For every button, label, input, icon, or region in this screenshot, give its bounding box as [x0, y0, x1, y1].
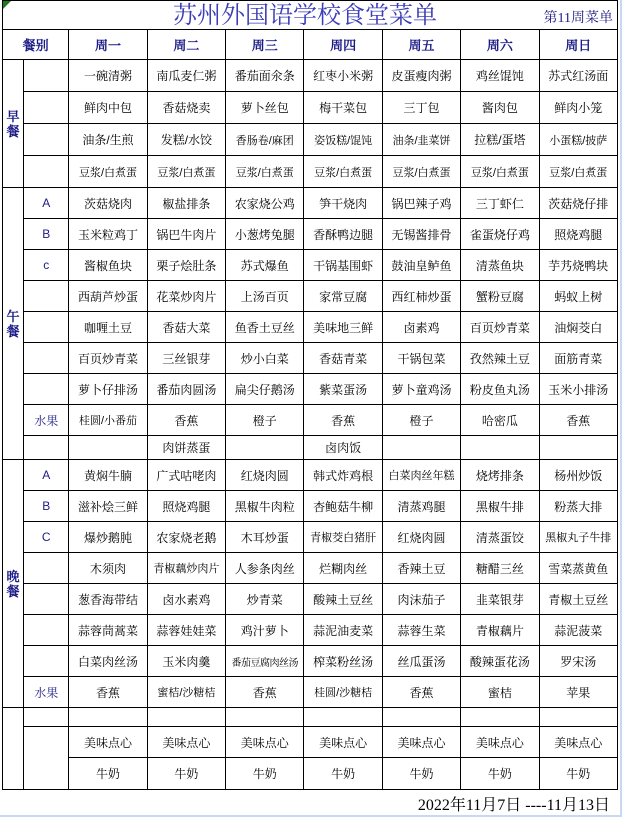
menu-cell: 青椒土豆丝	[539, 584, 617, 615]
row-label	[24, 281, 69, 312]
row-label	[24, 60, 69, 92]
menu-cell: 南瓜麦仁粥	[147, 60, 225, 92]
menu-cell: 香蕉	[147, 405, 225, 436]
menu-cell: 扁尖仔鹅汤	[226, 374, 304, 405]
menu-cell	[147, 708, 225, 727]
menu-cell: 香蕉	[539, 405, 617, 436]
menu-cell: 三丁包	[382, 92, 460, 124]
menu-cell: 白菜肉丝汤	[69, 646, 147, 677]
menu-cell: 榨菜粉丝汤	[304, 646, 382, 677]
menu-cell: 三丝银芽	[147, 343, 225, 374]
header-cell-day: 周二	[147, 30, 225, 60]
menu-cell: 美味点心	[461, 727, 539, 758]
menu-cell: 椒盐排条	[147, 188, 225, 219]
row-label: c	[24, 250, 69, 281]
menu-cell: 香蕉	[226, 677, 304, 708]
row-label	[24, 436, 69, 460]
menu-cell: 一碗清粥	[69, 60, 147, 92]
menu-cell: 雀蛋烧仔鸡	[461, 219, 539, 250]
menu-cell: 红烧肉圆	[226, 460, 304, 491]
row-label	[24, 374, 69, 405]
menu-cell: 蒜蓉生菜	[382, 615, 460, 646]
menu-cell: 蒜蓉茼蒿菜	[69, 615, 147, 646]
table-body: 早餐一碗清粥南瓜麦仁粥番茄面氽条红枣小米粥皮蛋瘦肉粥鸡丝馄饨苏式红汤面鲜肉中包香…	[3, 60, 618, 790]
menu-cell	[461, 708, 539, 727]
menu-cell: 牛奶	[147, 758, 225, 790]
menu-cell: 粉皮鱼丸汤	[461, 374, 539, 405]
menu-cell: 木须肉	[69, 553, 147, 584]
menu-cell: 豆浆/白煮蛋	[382, 156, 460, 188]
menu-cell: 牛奶	[461, 758, 539, 790]
menu-cell: 咖喱土豆	[69, 312, 147, 343]
menu-sheet: 苏州外国语学校食堂菜单 第11周菜单 餐别周一周二周三周四周五周六周日 早餐一碗…	[2, 0, 618, 816]
menu-cell: 红烧肉圆	[382, 522, 460, 553]
menu-cell: 蒜泥菠菜	[539, 615, 617, 646]
menu-cell	[461, 436, 539, 460]
menu-cell: 哈密瓜	[461, 405, 539, 436]
menu-cell: 百页炒青菜	[461, 312, 539, 343]
menu-cell: 黑椒牛肉粒	[226, 491, 304, 522]
menu-row: 午餐A茨菇烧肉椒盐排条农家烧公鸡笋干烧肉锅巴辣子鸡三丁虾仁茨菇烧仔排	[3, 188, 618, 219]
row-label	[24, 312, 69, 343]
menu-cell	[304, 708, 382, 727]
row-label: B	[24, 491, 69, 522]
menu-cell: 牛奶	[304, 758, 382, 790]
menu-row: B滋补烩三鲜照烧鸡腿黑椒牛肉粒杏鲍菇牛柳清蒸鸡腿黑椒牛排粉蒸大排	[3, 491, 618, 522]
menu-cell: 苏式爆鱼	[226, 250, 304, 281]
row-label	[24, 646, 69, 677]
menu-cell: 鱼香土豆丝	[226, 312, 304, 343]
row-label	[24, 343, 69, 374]
menu-cell: 鲜肉小笼	[539, 92, 617, 124]
row-label	[24, 92, 69, 124]
row-label: C	[24, 522, 69, 553]
menu-cell: 苏式红汤面	[539, 60, 617, 92]
row-label	[24, 727, 69, 790]
page-title: 苏州外国语学校食堂菜单	[123, 2, 487, 30]
menu-cell: 豆浆/白煮蛋	[539, 156, 617, 188]
meal-label: 早餐	[3, 60, 24, 188]
menu-cell: 卤水素鸡	[147, 584, 225, 615]
menu-cell: 蒜蓉娃娃菜	[147, 615, 225, 646]
title-bar: 苏州外国语学校食堂菜单 第11周菜单	[2, 0, 618, 29]
menu-cell: 酸辣蛋花汤	[461, 646, 539, 677]
menu-row: 油条/生煎发糕/水饺香肠卷/麻团姿饭糕/馄饨油条/韭菜饼拉糕/蛋塔小蛋糕/披萨	[3, 124, 618, 156]
menu-cell: 韭菜银芽	[461, 584, 539, 615]
header-cell-day: 周六	[461, 30, 539, 60]
menu-row: 美味点心美味点心美味点心美味点心美味点心美味点心美味点心	[3, 727, 618, 758]
menu-cell: 玉米粒鸡丁	[69, 219, 147, 250]
header-cell-category: 餐别	[3, 30, 69, 60]
menu-cell: 照烧鸡腿	[147, 491, 225, 522]
menu-cell: 孜然辣土豆	[461, 343, 539, 374]
menu-cell: 滋补烩三鲜	[69, 491, 147, 522]
menu-cell: 牛奶	[69, 758, 147, 790]
menu-row: 早餐一碗清粥南瓜麦仁粥番茄面氽条红枣小米粥皮蛋瘦肉粥鸡丝馄饨苏式红汤面	[3, 60, 618, 92]
menu-row: 鲜肉中包香菇烧卖萝卜丝包梅干菜包三丁包酱肉包鲜肉小笼	[3, 92, 618, 124]
menu-cell: 小蛋糕/披萨	[539, 124, 617, 156]
menu-cell: 清蒸鸡腿	[382, 491, 460, 522]
menu-cell: 农家烧老鹅	[147, 522, 225, 553]
menu-cell: 萝卜丝包	[226, 92, 304, 124]
menu-cell: 桂圆/沙糖桔	[304, 677, 382, 708]
menu-cell: 丝瓜蛋汤	[382, 646, 460, 677]
menu-cell: 锅巴牛肉片	[147, 219, 225, 250]
meal-label	[3, 708, 24, 790]
menu-cell: 酸辣土豆丝	[304, 584, 382, 615]
corner-flag-icon	[3, 1, 11, 9]
menu-cell: 炒青菜	[226, 584, 304, 615]
row-label	[24, 124, 69, 156]
menu-row: 肉饼蒸蛋卤肉饭	[3, 436, 618, 460]
menu-cell: 青椒茭白猪肝	[304, 522, 382, 553]
menu-cell: 杨州炒饭	[539, 460, 617, 491]
menu-cell: 青椒藕炒肉片	[147, 553, 225, 584]
menu-cell: 百页炒青菜	[69, 343, 147, 374]
menu-cell: 姿饭糕/馄饨	[304, 124, 382, 156]
menu-cell: 番茄肉圆汤	[147, 374, 225, 405]
menu-cell: 清蒸鱼块	[461, 250, 539, 281]
menu-cell: 香辣土豆	[382, 553, 460, 584]
row-label	[24, 156, 69, 188]
row-label	[24, 615, 69, 646]
menu-cell: 干锅基围虾	[304, 250, 382, 281]
header-cell-day: 周五	[382, 30, 460, 60]
menu-cell: 栗子烩肚条	[147, 250, 225, 281]
menu-cell: 玉米肉羹	[147, 646, 225, 677]
menu-cell: 红枣小米粥	[304, 60, 382, 92]
menu-cell: 油条/韭菜饼	[382, 124, 460, 156]
menu-cell: 笋干烧肉	[304, 188, 382, 219]
menu-cell: 香肠卷/麻团	[226, 124, 304, 156]
menu-cell: 家常豆腐	[304, 281, 382, 312]
menu-cell	[382, 436, 460, 460]
menu-cell: 苹果	[539, 677, 617, 708]
menu-cell: 人参条肉丝	[226, 553, 304, 584]
menu-cell: 香酥鸭边腿	[304, 219, 382, 250]
menu-cell: 烂糊肉丝	[304, 553, 382, 584]
menu-cell: 炒小白菜	[226, 343, 304, 374]
menu-cell: 糖醋三丝	[461, 553, 539, 584]
menu-cell	[539, 436, 617, 460]
menu-row: 牛奶牛奶牛奶牛奶牛奶牛奶牛奶	[3, 758, 618, 790]
menu-row: 萝卜仔排汤番茄肉圆汤扁尖仔鹅汤紫菜蛋汤萝卜童鸡汤粉皮鱼丸汤玉米小排汤	[3, 374, 618, 405]
menu-cell: 发糕/水饺	[147, 124, 225, 156]
menu-cell: 小葱烤兔腿	[226, 219, 304, 250]
menu-cell: 美味点心	[539, 727, 617, 758]
menu-cell: 鸡汁萝卜	[226, 615, 304, 646]
menu-cell: 香菇烧卖	[147, 92, 225, 124]
menu-row: 豆浆/白煮蛋豆浆/白煮蛋豆浆/白煮蛋豆浆/白煮蛋豆浆/白煮蛋豆浆/白煮蛋豆浆/白…	[3, 156, 618, 188]
header-cell-day: 周日	[539, 30, 617, 60]
menu-cell: 白菜肉丝年糕	[382, 460, 460, 491]
header-row: 餐别周一周二周三周四周五周六周日	[3, 30, 618, 60]
menu-cell: 黄焖牛腩	[69, 460, 147, 491]
menu-row	[3, 708, 618, 727]
menu-cell: 三丁虾仁	[461, 188, 539, 219]
menu-cell: 鼓油皇鲈鱼	[382, 250, 460, 281]
menu-row: 葱香海带结卤水素鸡炒青菜酸辣土豆丝肉沫茄子韭菜银芽青椒土豆丝	[3, 584, 618, 615]
menu-cell	[69, 436, 147, 460]
week-label: 第11周菜单	[544, 7, 613, 27]
menu-row: 百页炒青菜三丝银芽炒小白菜香菇青菜干锅包菜孜然辣土豆面筋青菜	[3, 343, 618, 374]
menu-cell: 肉饼蒸蛋	[147, 436, 225, 460]
menu-cell: 粉蒸大排	[539, 491, 617, 522]
menu-cell: 茨菇烧仔排	[539, 188, 617, 219]
menu-cell: 酱椒鱼块	[69, 250, 147, 281]
menu-cell: 橙子	[226, 405, 304, 436]
menu-cell	[226, 436, 304, 460]
menu-cell: 豆浆/白煮蛋	[226, 156, 304, 188]
meal-label: 晚餐	[3, 460, 24, 708]
row-label: A	[24, 460, 69, 491]
menu-row: 晚餐A黄焖牛腩广式咕咾肉红烧肉圆韩式炸鸡根白菜肉丝年糕烧烤排条杨州炒饭	[3, 460, 618, 491]
menu-cell: 无锡酱排骨	[382, 219, 460, 250]
menu-row: 西葫芦炒蛋花菜炒肉片上汤百页家常豆腐西红柿炒蛋蟹粉豆腐蚂蚁上树	[3, 281, 618, 312]
menu-cell: 茨菇烧肉	[69, 188, 147, 219]
menu-row: 咖喱土豆香菇大菜鱼香土豆丝美味地三鲜卤素鸡百页炒青菜油焖茭白	[3, 312, 618, 343]
row-label: B	[24, 219, 69, 250]
menu-cell: 酱肉包	[461, 92, 539, 124]
menu-cell: 萝卜童鸡汤	[382, 374, 460, 405]
menu-cell: 豆浆/白煮蛋	[147, 156, 225, 188]
menu-cell: 黑椒丸子牛排	[539, 522, 617, 553]
menu-cell: 香菇大菜	[147, 312, 225, 343]
menu-cell: 牛奶	[226, 758, 304, 790]
menu-cell: 蒜泥油麦菜	[304, 615, 382, 646]
menu-cell: 蚂蚁上树	[539, 281, 617, 312]
menu-cell: 桂圆/小番茄	[69, 405, 147, 436]
menu-cell: 鸡丝馄饨	[461, 60, 539, 92]
menu-row: 水果香蕉蜜桔/沙糖桔香蕉桂圆/沙糖桔香蕉蜜桔苹果	[3, 677, 618, 708]
menu-row: C爆炒鹅肫农家烧老鹅木耳炒蛋青椒茭白猪肝红烧肉圆清蒸蛋饺黑椒丸子牛排	[3, 522, 618, 553]
menu-cell: 蜜桔/沙糖桔	[147, 677, 225, 708]
menu-row: B玉米粒鸡丁锅巴牛肉片小葱烤兔腿香酥鸭边腿无锡酱排骨雀蛋烧仔鸡照烧鸡腿	[3, 219, 618, 250]
date-range: 2022年11月7日 ----11月13日	[2, 790, 618, 816]
menu-cell: 青椒藕片	[461, 615, 539, 646]
menu-cell	[539, 708, 617, 727]
menu-cell: 豆浆/白煮蛋	[304, 156, 382, 188]
menu-cell: 美味点心	[69, 727, 147, 758]
menu-cell: 卤素鸡	[382, 312, 460, 343]
row-label: 水果	[24, 677, 69, 708]
menu-cell	[382, 708, 460, 727]
menu-cell: 蟹粉豆腐	[461, 281, 539, 312]
menu-cell: 香蕉	[69, 677, 147, 708]
menu-page: 苏州外国语学校食堂菜单 第11周菜单 餐别周一周二周三周四周五周六周日 早餐一碗…	[0, 0, 622, 817]
menu-cell: 豆浆/白煮蛋	[69, 156, 147, 188]
menu-cell: 拉糕/蛋塔	[461, 124, 539, 156]
menu-cell: 香菇青菜	[304, 343, 382, 374]
menu-cell: 干锅包菜	[382, 343, 460, 374]
table-header: 餐别周一周二周三周四周五周六周日	[3, 30, 618, 60]
menu-cell: 香蕉	[382, 677, 460, 708]
menu-cell: 烧烤排条	[461, 460, 539, 491]
menu-cell: 韩式炸鸡根	[304, 460, 382, 491]
menu-table: 餐别周一周二周三周四周五周六周日 早餐一碗清粥南瓜麦仁粥番茄面氽条红枣小米粥皮蛋…	[2, 29, 618, 790]
menu-cell: 黑椒牛排	[461, 491, 539, 522]
menu-cell: 皮蛋瘦肉粥	[382, 60, 460, 92]
menu-cell: 雪菜蒸黄鱼	[539, 553, 617, 584]
header-cell-day: 周三	[226, 30, 304, 60]
menu-cell: 鲜肉中包	[69, 92, 147, 124]
row-label: A	[24, 188, 69, 219]
menu-cell: 爆炒鹅肫	[69, 522, 147, 553]
menu-row: 白菜肉丝汤玉米肉羹番茄豆腐肉丝汤榨菜粉丝汤丝瓜蛋汤酸辣蛋花汤罗宋汤	[3, 646, 618, 677]
header-cell-day: 周一	[69, 30, 147, 60]
row-label	[24, 708, 69, 727]
menu-cell: 萝卜仔排汤	[69, 374, 147, 405]
menu-cell: 香蕉	[304, 405, 382, 436]
header-cell-day: 周四	[304, 30, 382, 60]
menu-cell: 芋艿烧鸭块	[539, 250, 617, 281]
menu-row: 木须肉青椒藕炒肉片人参条肉丝烂糊肉丝香辣土豆糖醋三丝雪菜蒸黄鱼	[3, 553, 618, 584]
menu-cell: 西葫芦炒蛋	[69, 281, 147, 312]
menu-cell: 美味点心	[226, 727, 304, 758]
menu-cell: 橙子	[382, 405, 460, 436]
menu-cell: 锅巴辣子鸡	[382, 188, 460, 219]
menu-cell: 杏鲍菇牛柳	[304, 491, 382, 522]
menu-cell: 照烧鸡腿	[539, 219, 617, 250]
menu-cell: 木耳炒蛋	[226, 522, 304, 553]
menu-cell: 美味点心	[304, 727, 382, 758]
menu-cell: 清蒸蛋饺	[461, 522, 539, 553]
menu-cell: 农家烧公鸡	[226, 188, 304, 219]
menu-cell: 番茄豆腐肉丝汤	[226, 646, 304, 677]
menu-cell: 美味点心	[382, 727, 460, 758]
menu-cell: 番茄面氽条	[226, 60, 304, 92]
menu-cell: 罗宋汤	[539, 646, 617, 677]
menu-cell: 西红柿炒蛋	[382, 281, 460, 312]
row-label	[24, 553, 69, 584]
menu-row: 水果桂圆/小番茄香蕉橙子香蕉橙子哈密瓜香蕉	[3, 405, 618, 436]
menu-cell: 上汤百页	[226, 281, 304, 312]
menu-row: 蒜蓉茼蒿菜蒜蓉娃娃菜鸡汁萝卜蒜泥油麦菜蒜蓉生菜青椒藕片蒜泥菠菜	[3, 615, 618, 646]
menu-cell: 卤肉饭	[304, 436, 382, 460]
menu-cell: 葱香海带结	[69, 584, 147, 615]
menu-cell: 花菜炒肉片	[147, 281, 225, 312]
menu-cell: 蜜桔	[461, 677, 539, 708]
menu-cell: 肉沫茄子	[382, 584, 460, 615]
menu-cell: 广式咕咾肉	[147, 460, 225, 491]
row-label: 水果	[24, 405, 69, 436]
menu-cell: 玉米小排汤	[539, 374, 617, 405]
menu-cell: 面筋青菜	[539, 343, 617, 374]
menu-cell: 美味地三鲜	[304, 312, 382, 343]
menu-cell: 梅干菜包	[304, 92, 382, 124]
menu-cell: 油焖茭白	[539, 312, 617, 343]
menu-cell	[226, 708, 304, 727]
menu-cell: 牛奶	[382, 758, 460, 790]
menu-row: c酱椒鱼块栗子烩肚条苏式爆鱼干锅基围虾鼓油皇鲈鱼清蒸鱼块芋艿烧鸭块	[3, 250, 618, 281]
menu-cell: 牛奶	[539, 758, 617, 790]
meal-label: 午餐	[3, 188, 24, 460]
row-label	[24, 584, 69, 615]
menu-cell: 美味点心	[147, 727, 225, 758]
menu-cell: 紫菜蛋汤	[304, 374, 382, 405]
menu-cell: 油条/生煎	[69, 124, 147, 156]
menu-cell	[69, 708, 147, 727]
menu-cell: 豆浆/白煮蛋	[461, 156, 539, 188]
